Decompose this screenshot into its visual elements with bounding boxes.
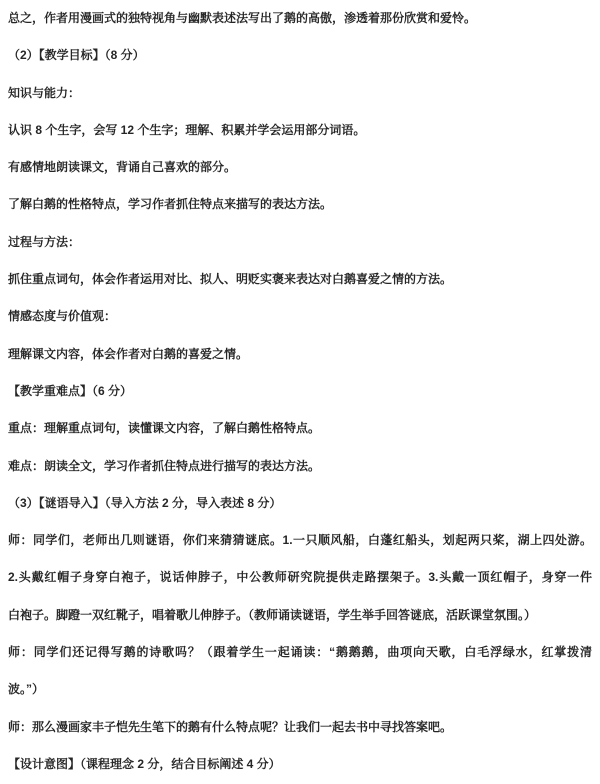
objective-reading: 有感情地朗读课文，背诵自己喜欢的部分。 [8,149,592,186]
riddle-line-2: 2.头戴红帽子身穿白袍子，说话伸脖子，中公教师研究院提供走路摆架子。3.头戴一顶… [8,559,592,596]
heading-design-intent: 【设计意图】（课程理念 2 分，结合目标阐述 4 分） [8,746,592,783]
poem-line-2: 波。”） [8,671,592,708]
transition-line: 师：那么漫画家丰子恺先生笔下的鹅有什么特点呢？让我们一起去书中寻找答案吧。 [8,709,592,746]
document-page: 总之，作者用漫画式的独特视角与幽默表述法写出了鹅的高傲，渗透着那份欣赏和爱怜。 … [0,0,600,784]
objective-literacy: 认识 8 个生字，会写 12 个生字；理解、积累并学会运用部分词语。 [8,112,592,149]
riddle-line-3: 白袍子。脚蹬一双红靴子，唱着歌儿伸脖子。（教师诵读谜语，学生举手回答谜底，活跃课… [8,597,592,634]
difficult-point-line: 难点：朗读全文，学习作者抓住特点进行描写的表达方法。 [8,448,592,485]
objective-emotion: 理解课文内容，体会作者对白鹅的喜爱之情。 [8,336,592,373]
heading-key-difficult-points: 【教学重难点】（6 分） [8,373,592,410]
label-knowledge-ability: 知识与能力： [8,75,592,112]
summary-line: 总之，作者用漫画式的独特视角与幽默表述法写出了鹅的高傲，渗透着那份欣赏和爱怜。 [8,0,592,37]
objective-process: 抓住重点词句，体会作者运用对比、拟人、明贬实褒来表达对白鹅喜爱之情的方法。 [8,261,592,298]
poem-line-1: 师：同学们还记得写鹅的诗歌吗？（跟着学生一起诵读：“鹅鹅鹅，曲项向天歌，白毛浮绿… [8,634,592,671]
heading-teaching-objectives: （2）【教学目标】（8 分） [8,37,592,74]
key-point-line: 重点：理解重点词句，读懂课文内容，了解白鹅性格特点。 [8,410,592,447]
label-process-method: 过程与方法： [8,224,592,261]
label-emotion-attitude: 情感态度与价值观： [8,298,592,335]
heading-riddle-intro: （3）【谜语导入】（导入方法 2 分，导入表述 8 分） [8,485,592,522]
riddle-line-1: 师：同学们，老师出几则谜语，你们来猜猜谜底。1.一只顺风船，白蓬红船头，划起两只… [8,522,592,559]
objective-expression: 了解白鹅的性格特点，学习作者抓住特点来描写的表达方法。 [8,186,592,223]
